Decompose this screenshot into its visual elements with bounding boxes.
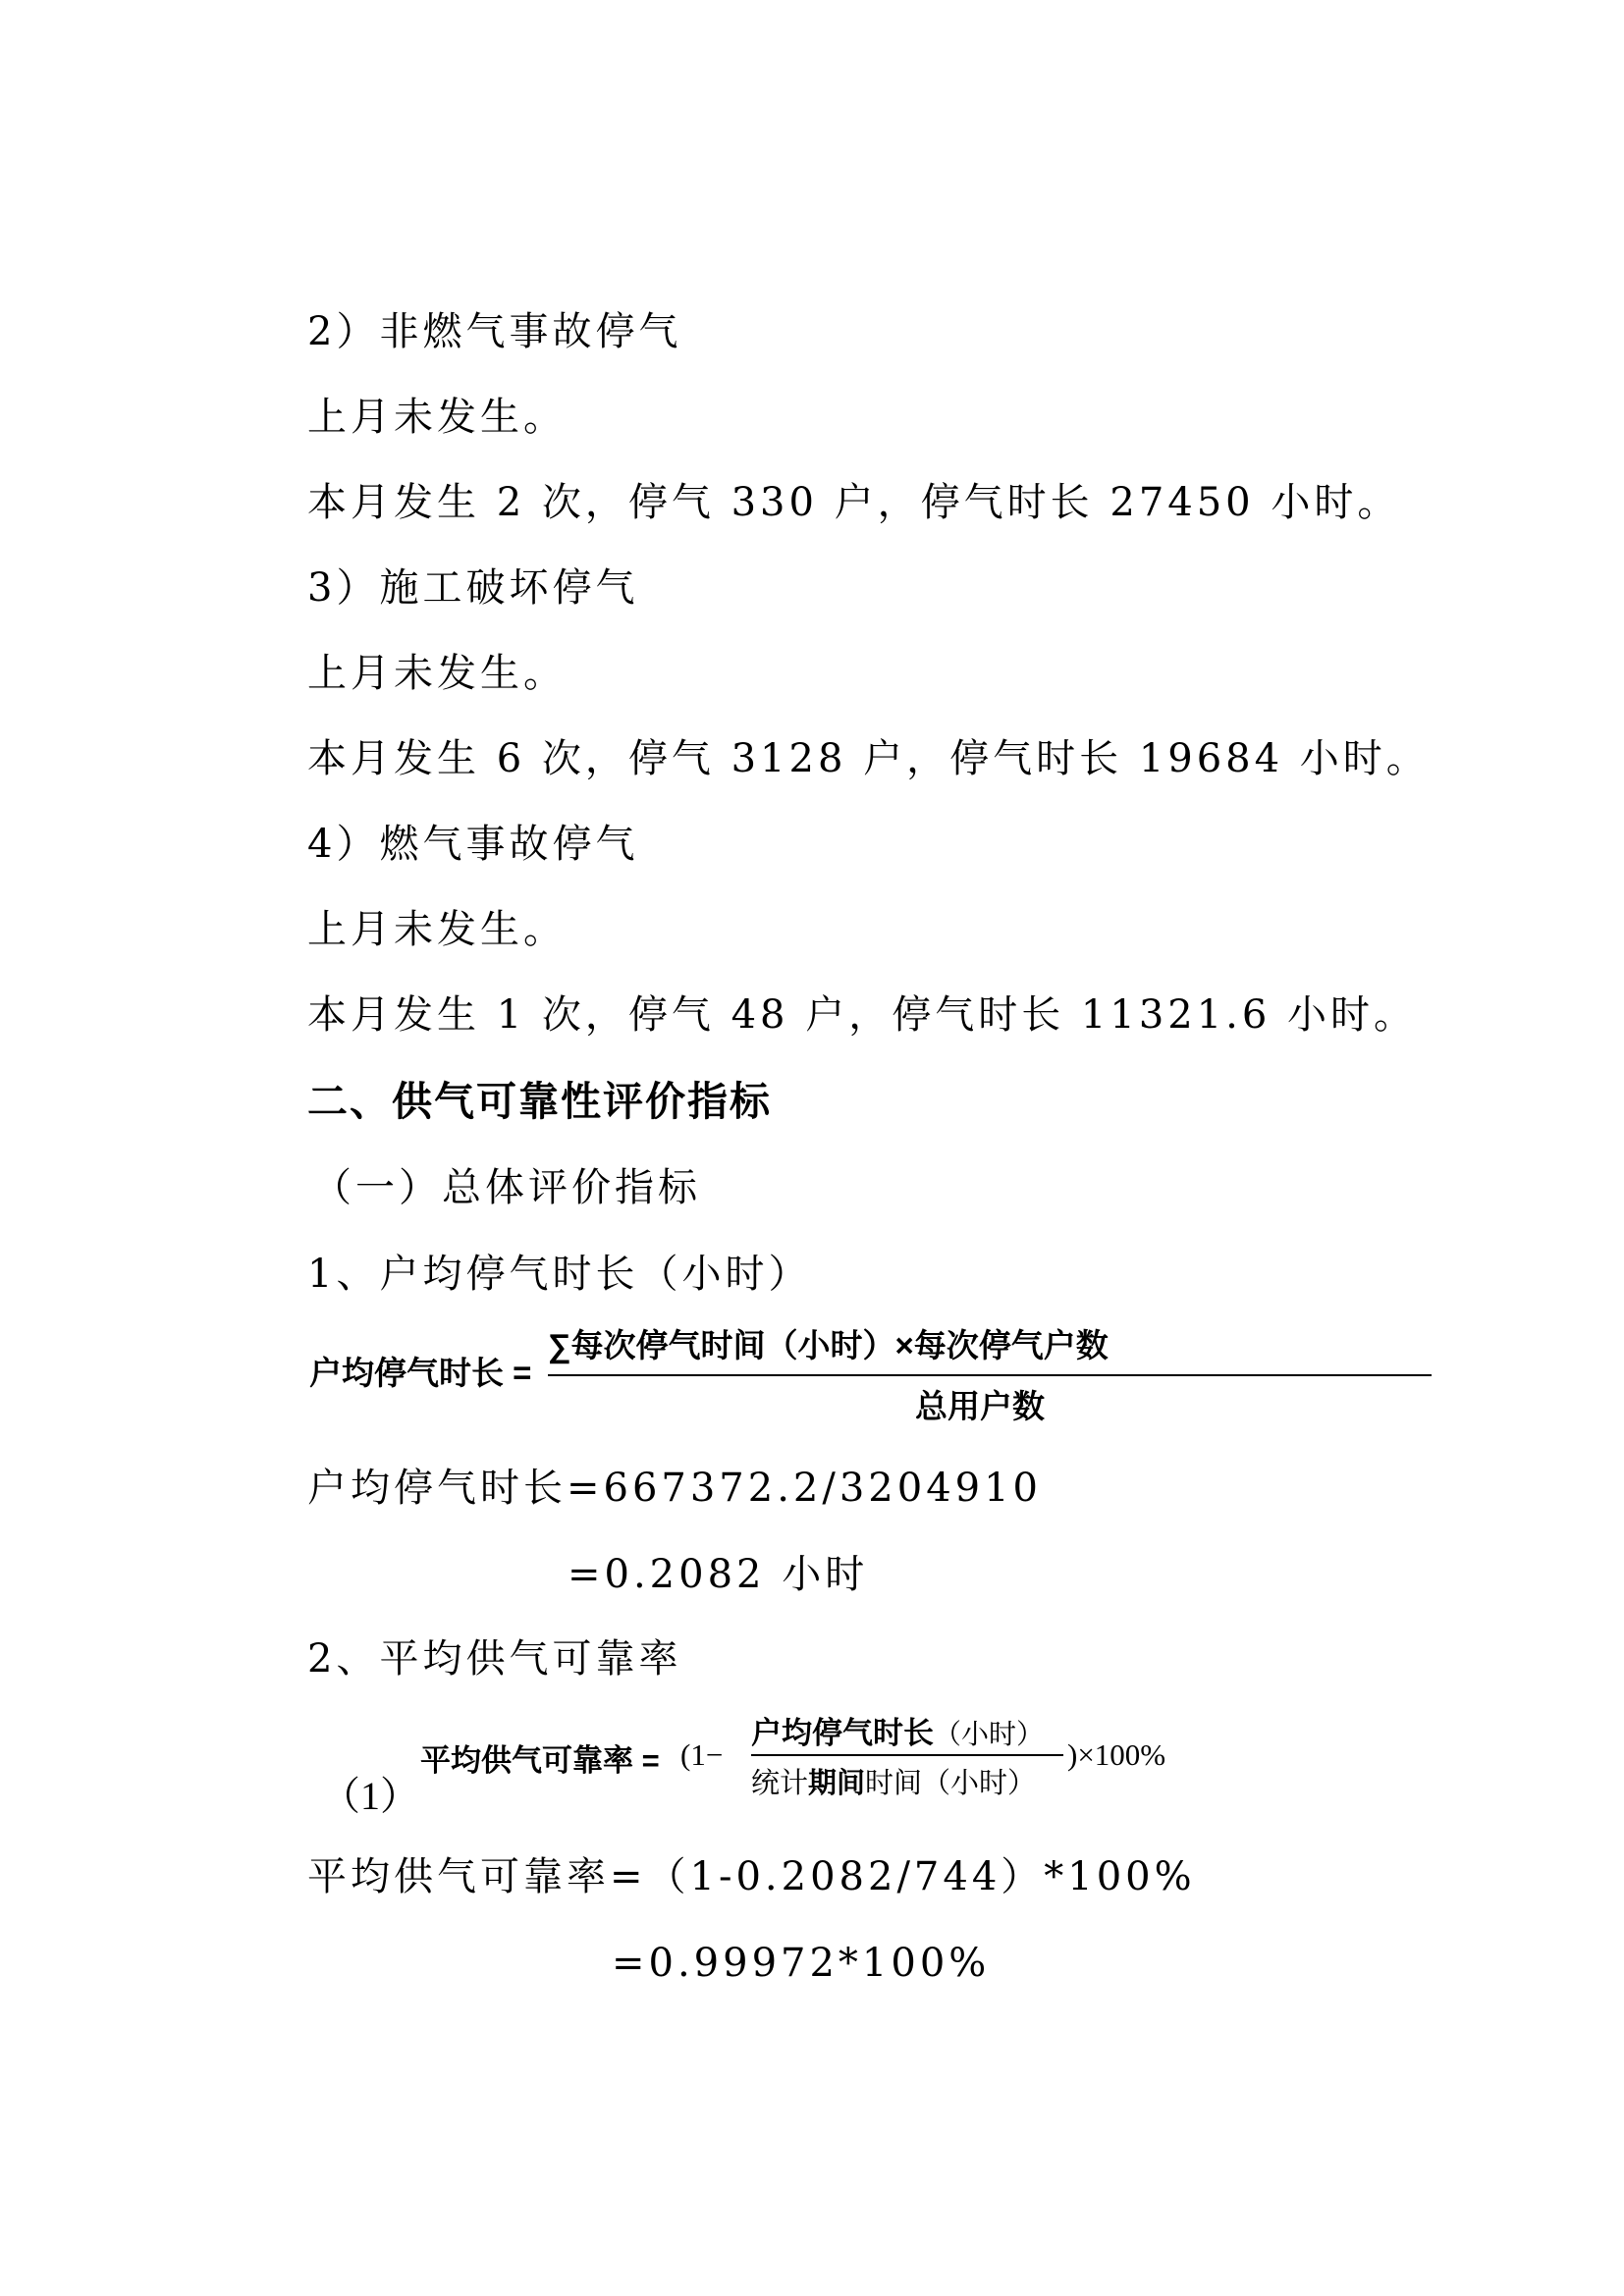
formula-numerator: ∑每次停气时间（小时）×每次停气户数 [548, 1320, 1109, 1366]
calculation-result-avg-supply-reliability: =0.99972*100% [612, 1940, 990, 1987]
paragraph-last-month: 上月未发生。 [307, 906, 567, 953]
paragraph-last-month: 上月未发生。 [307, 394, 567, 441]
calculation-avg-supply-reliability: 平均供气可靠率=（1-0.2082/744）*100% [307, 1853, 1196, 1900]
formula-denominator: 统计期间时间（小时） [751, 1761, 1036, 1801]
formula-open-paren: (1− [680, 1737, 723, 1773]
fraction-bar [751, 1754, 1063, 1756]
paragraph-last-month: 上月未发生。 [307, 650, 567, 697]
formula-lhs: 户均停气时长 = [309, 1348, 531, 1394]
formula-lhs: 平均供气可靠率 = [420, 1735, 660, 1780]
formula-denominator: 总用户数 [548, 1381, 1432, 1427]
subsection-title-non-gas-accident: 2）非燃气事故停气 [307, 308, 681, 355]
subsection-heading-overall-indicators: （一）总体评价指标 [312, 1164, 701, 1211]
paragraph-this-month: 本月发生 2 次，停气 330 户，停气时长 27450 小时。 [307, 479, 1400, 526]
subsection-title-gas-accident: 4）燃气事故停气 [307, 821, 638, 868]
paragraph-this-month: 本月发生 6 次，停气 3128 户，停气时长 19684 小时。 [307, 735, 1430, 782]
section-heading-reliability-indicators: 二、供气可靠性评价指标 [307, 1078, 772, 1125]
item-heading-avg-outage-duration: 1、户均停气时长（小时） [307, 1251, 811, 1298]
calculation-avg-outage-duration: 户均停气时长=667372.2/3204910 [307, 1465, 1042, 1512]
fraction-bar [548, 1374, 1432, 1376]
item-heading-avg-supply-reliability: 2、平均供气可靠率 [307, 1635, 681, 1682]
calculation-result-avg-outage-duration: =0.2082 小时 [568, 1551, 868, 1598]
document-page: 2）非燃气事故停气 上月未发生。 本月发生 2 次，停气 330 户，停气时长 … [0, 0, 1624, 2296]
formula-index: （1） [321, 1765, 419, 1821]
formula-close-paren: )×100% [1067, 1737, 1165, 1773]
paragraph-this-month: 本月发生 1 次，停气 48 户，停气时长 11321.6 小时。 [307, 991, 1417, 1039]
formula-numerator: 户均停气时长（小时） [751, 1708, 1044, 1752]
subsection-title-construction-damage: 3）施工破坏停气 [307, 564, 638, 612]
